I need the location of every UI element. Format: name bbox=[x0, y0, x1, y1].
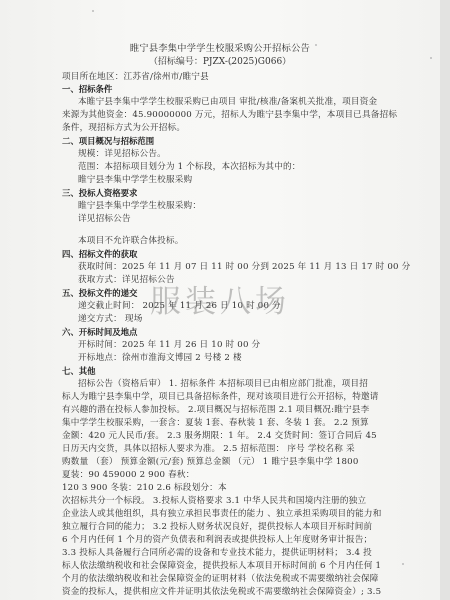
section-heading-3: 三、投标人资格要求 bbox=[62, 188, 137, 199]
section-5-line: 递交方式： 现场 bbox=[78, 314, 143, 325]
section-7-line: 金额：420 元人民币/套。 2.3 服务期限：1 年。 2.4 交货时间：签订… bbox=[62, 431, 377, 442]
section-7-line: 3.3 投标人具备履行合同所必需的设备和专业技术能力，提供证明材料； 3.4 投 bbox=[62, 548, 372, 559]
section-7-line: 6 个月内任何 1 个月的资产负债表和利润表或提供投标人上年度财务审计报告； bbox=[62, 535, 372, 546]
paper-speck bbox=[92, 10, 94, 12]
section-3-line: 本项目不允许联合体投标。 bbox=[78, 236, 184, 247]
document-title: 睢宁县李集中学学生校服采购公开招标公告 bbox=[0, 40, 440, 54]
section-4-line: 获取时间：2025 年 11 月 07 日 11 时 00 分到 2025 年 … bbox=[78, 262, 410, 273]
section-2-line: 规模：详见招标公告。 bbox=[78, 149, 166, 160]
section-2-line: 范围：本招标项目划分为 1 个标段，本次招标为其中的： bbox=[78, 162, 301, 173]
section-6-line: 开标时间：2025 年 11 月 26 日 10 时 00 分 bbox=[78, 340, 260, 351]
watermark: 服装八场 bbox=[150, 276, 290, 321]
section-7-line: 标人依法缴纳税收和社会保障资金，提供投标人本项目开标时间前 6 个月内任何 1 bbox=[62, 561, 381, 572]
section-heading-5: 五、投标文件的递交 bbox=[62, 288, 137, 299]
project-location: 项目所在地区：江苏省/徐州市/睢宁县 bbox=[62, 72, 209, 83]
section-2-line: 睢宁县李集中学学生校服采购 bbox=[78, 175, 192, 186]
section-7-line: 夏装：90 459000 2 900 春秋： bbox=[62, 470, 195, 481]
section-7-line: 120 3 900 冬装：210 2.6 标段划分：本 bbox=[62, 483, 227, 494]
section-7-line: 集中学学生校服采购，一套含：夏装 1套、春秋装 1 套、冬装 1 套。 2.2 … bbox=[62, 418, 369, 429]
section-heading-6: 六、开标时间及地点 bbox=[62, 327, 137, 338]
section-7-line: 标人为睢宁县李集中学，项目已具备招标条件，现对该项目进行公开招标，特邀请 bbox=[62, 392, 379, 403]
section-7-line: 购数量 （套） 预算金额(元/套) 预算总金额 （元） 1 睢宁县李集中学 18… bbox=[62, 457, 359, 468]
section-6-line: 开标地点：徐州市淮海文博园 2 号楼 2 楼 bbox=[78, 353, 242, 364]
section-1-line: 条件，现招标方式为公开招标。 bbox=[62, 123, 185, 134]
tender-number: （招标编号：PJZX-(2025)G066） bbox=[0, 54, 440, 67]
paper-speck bbox=[402, 563, 404, 565]
section-7-line: 招标公告（资格后审） 1. 招标条件 本招标项目已由相应部门批准，项目招 bbox=[78, 379, 368, 390]
section-3-line: 睢宁县李集中学学生校服采购： bbox=[78, 201, 201, 212]
section-7-line: 有兴趣的潜在投标人参加投标。 2.项目概况与招标范围 2.1 项目概况:睢宁县李 bbox=[62, 405, 369, 416]
paper-speck bbox=[315, 44, 317, 46]
section-heading-1: 一、招标条件 bbox=[62, 84, 112, 95]
section-7-line: 企业法人或其他组织，具有独立承担民事责任的能力 、独立承担采购项目的能力和 bbox=[62, 509, 382, 520]
section-1-line: 来源为其他资金：45.90000000 万元，招标人为睢宁县李集中学，本项目已具… bbox=[62, 110, 397, 121]
section-heading-7: 七、其他 bbox=[62, 366, 96, 377]
section-7-line: 日历天内交货，具体以招标人要求为准。 2.5 招标范围： 序号 学校名称 采 bbox=[62, 444, 355, 455]
paper-speck bbox=[430, 57, 432, 59]
section-7-line: 独立履行合同的能力； 3.2 投标人财务状况良好，提供投标人本项目开标时间前 bbox=[62, 522, 372, 533]
section-1-line: 本睢宁县李集中学学生校服采购已由项目 审批/核准/备案机关批准，项目资金 bbox=[78, 97, 377, 108]
section-3-line: 详见招标公告 bbox=[78, 214, 131, 225]
section-7-line: 个月的依法缴纳税收和社会保障资金的证明材料（依法免税或不需要缴纳社会保障 bbox=[62, 574, 379, 585]
section-heading-2: 二、项目概况与招标范围 bbox=[62, 136, 154, 147]
section-heading-4: 四、招标文件的获取 bbox=[62, 249, 137, 260]
paper-speck bbox=[230, 63, 232, 65]
section-7-line: 次招标共分一个标段。 3.投标人资格要求 3.1 中华人民共和国境内注册的独立 bbox=[62, 496, 366, 507]
section-7-line: 资金的投标人，提供相应文件并证明其依法免税或不需要缴纳社会保障资金）; 3.5 bbox=[62, 587, 381, 598]
page-edge bbox=[440, 0, 450, 600]
